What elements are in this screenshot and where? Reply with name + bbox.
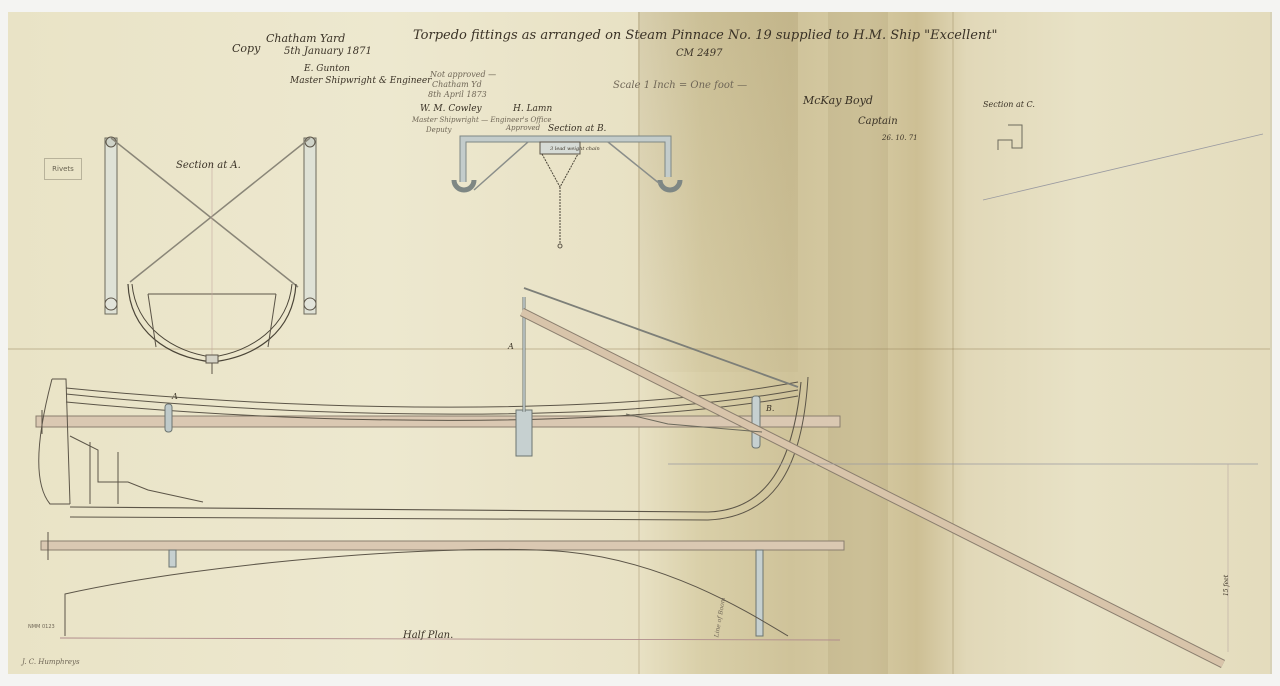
captain-date: 26. 10. 71 <box>882 134 918 142</box>
half-plan-drawing <box>41 532 844 640</box>
yard-role: Master Shipwright & Engineer <box>290 76 431 86</box>
section-b-drawing <box>454 139 680 248</box>
yard-place: Chatham Yard <box>266 32 345 45</box>
scale-note: Scale 1 Inch = One foot — <box>613 80 747 91</box>
third-signature: H. Lamn <box>513 104 552 114</box>
approval-place: Chatham Yd <box>432 80 482 89</box>
half-plan-label: Half Plan. <box>403 630 453 641</box>
yard-signature: E. Gunton <box>304 64 350 74</box>
section-c-drawing <box>998 125 1022 150</box>
marker-a-upper: A <box>508 342 514 351</box>
drawing-sheet: Rivets <box>8 12 1272 674</box>
section-c-label: Section at C. <box>983 100 1035 109</box>
chain-note: 3 lead weight chain <box>550 146 600 152</box>
captain-signature: McKay Boyd <box>803 94 873 107</box>
bottom-left-signature: J. C. Humphreys <box>22 658 80 666</box>
technical-drawing <box>8 12 1270 674</box>
drawing-title: Torpedo fittings as arranged on Steam Pi… <box>413 28 998 43</box>
section-b-label: Section at B. <box>548 124 606 134</box>
bottom-stamp: NMM 0123 <box>28 624 55 630</box>
approval-note: Not approved — <box>430 70 496 79</box>
deputy-note: Deputy <box>426 126 452 134</box>
yard-date: 5th January 1871 <box>284 46 372 57</box>
marker-a: A <box>172 392 178 401</box>
sheer-profile-drawing <box>36 134 1263 664</box>
reference-number: CM 2497 <box>676 48 723 59</box>
approval-date: 8th April 1873 <box>428 90 487 99</box>
right-margin-note: 15 feet <box>1223 575 1230 596</box>
section-a-drawing <box>105 137 316 374</box>
marker-b: B. <box>766 404 774 413</box>
section-a-label: Section at A. <box>176 160 241 171</box>
second-signature: W. M. Cowley <box>420 104 482 114</box>
second-role: Master Shipwright — Engineer's Office <box>412 116 552 124</box>
approved-note: Approved <box>506 124 540 132</box>
captain-title: Captain <box>858 116 898 127</box>
copy-mark: Copy <box>232 42 260 55</box>
